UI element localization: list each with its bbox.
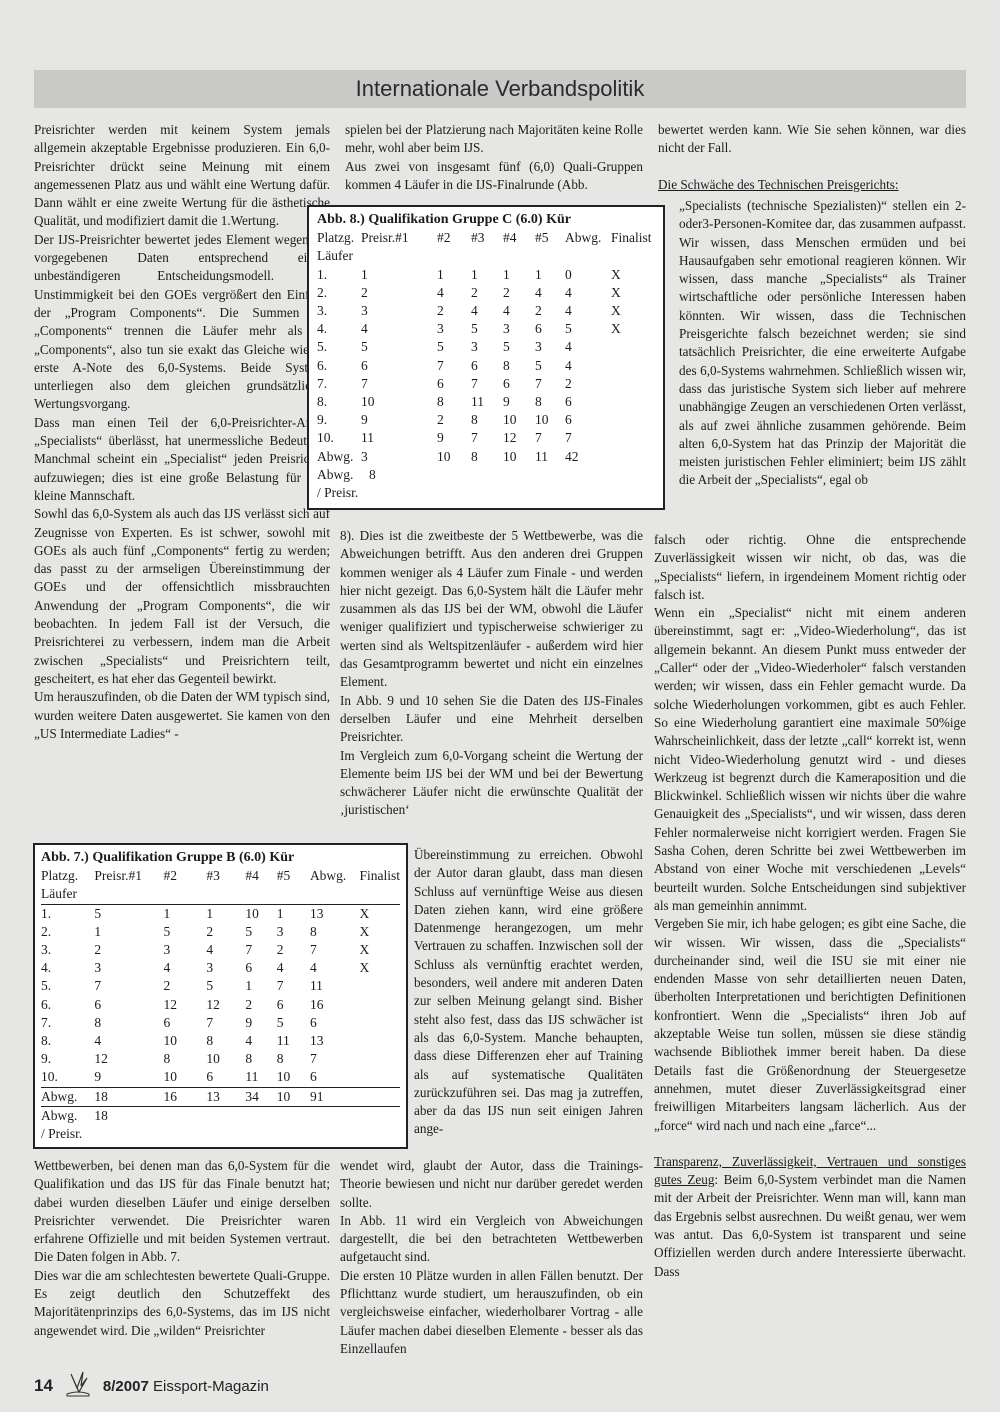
- cell: 7: [310, 1050, 360, 1068]
- cell: 8: [471, 448, 503, 466]
- cell: 3: [471, 338, 503, 356]
- cell: 12: [94, 1050, 163, 1068]
- subheading-text: Die Schwäche des Technischen Preisgerich…: [658, 177, 899, 192]
- column-2-mid: 8). Dies ist die zweitbeste der 5 Wettbe…: [340, 527, 643, 820]
- cell: 8: [471, 411, 503, 429]
- header-cell: Abwg.: [310, 867, 360, 885]
- cell: 7: [437, 357, 471, 375]
- cell: 7: [277, 977, 310, 995]
- cell: 7: [94, 977, 163, 995]
- cell: 5: [535, 357, 565, 375]
- cell: 6: [310, 1068, 360, 1087]
- cell: [359, 1032, 400, 1050]
- paragraph: wendet wird, glaubt der Autor, dass die …: [340, 1157, 643, 1212]
- cell: 5: [361, 338, 437, 356]
- cell: 4: [565, 357, 611, 375]
- cell: 13: [310, 904, 360, 923]
- cell: 5: [206, 977, 245, 995]
- section-title: Internationale Verbandspolitik: [34, 76, 966, 102]
- paragraph: Dass man einen Teil der 6,0-Preisrichter…: [34, 414, 330, 505]
- paragraph: In Abb. 11 wird ein Vergleich von Abweic…: [340, 1212, 643, 1267]
- header-cell: Läufer: [41, 885, 400, 904]
- cell: 7: [310, 941, 360, 959]
- cell: 1.: [41, 904, 94, 923]
- cell: 8: [310, 923, 360, 941]
- cell: [611, 357, 655, 375]
- table-abwg-row: Abwg. 3 10 8 10 11 42: [317, 448, 655, 466]
- cell: 10: [164, 1032, 207, 1050]
- cell: 42: [565, 448, 611, 466]
- table-row: 2.152538X: [41, 923, 400, 941]
- cell: 6: [94, 996, 163, 1014]
- paragraph: Dies war die am schlechtesten bewertete …: [34, 1267, 330, 1340]
- cell: 1: [437, 266, 471, 284]
- cell: 6: [277, 996, 310, 1014]
- table-abwg-per-judge-row: Abwg. 18: [41, 1106, 400, 1125]
- header-cell: Preisr.#1: [361, 229, 437, 247]
- cell: 11: [277, 1032, 310, 1050]
- cell: 7: [471, 429, 503, 447]
- cell: 2: [361, 284, 437, 302]
- column-2-bottom: wendet wird, glaubt der Autor, dass die …: [340, 1157, 643, 1358]
- paragraph: Wettbewerben, bei denen man das 6,0-Syst…: [34, 1157, 330, 1267]
- cell: 5: [565, 320, 611, 338]
- cell: 4: [245, 1032, 276, 1050]
- cell: 1: [535, 266, 565, 284]
- table-abwg-row: Abwg. 18 16 13 34 10 91: [41, 1087, 400, 1106]
- cell: 2: [565, 375, 611, 393]
- cell: 10: [277, 1068, 310, 1087]
- cell: 7: [535, 429, 565, 447]
- data-table: Platzg. Preisr.#1 #2 #3 #4 #5 Abwg. Fina…: [317, 229, 655, 502]
- header-cell: Preisr.#1: [94, 867, 163, 885]
- paragraph: Übereinstimmung zu erreichen. Obwohl der…: [414, 846, 643, 1139]
- header-cell: Finalist: [359, 867, 400, 885]
- cell: 4: [565, 284, 611, 302]
- cell: Abwg.: [317, 448, 361, 466]
- table-row: 7.767672: [317, 375, 655, 393]
- table-header-row: Platzg. Preisr.#1 #2 #3 #4 #5 Abwg. Fina…: [317, 229, 655, 247]
- table-row: 9.92810106: [317, 411, 655, 429]
- column-3-top: bewertet werden kann. Wie Sie sehen könn…: [658, 121, 966, 194]
- cell: 2: [471, 284, 503, 302]
- paragraph: 8). Dies ist die zweitbeste der 5 Wettbe…: [340, 527, 643, 692]
- cell: 5: [245, 923, 276, 941]
- column-1-top: Preisrichter werden mit keinem System je…: [34, 121, 330, 743]
- cell: 4: [164, 959, 207, 977]
- table-row: 10.910611106: [41, 1068, 400, 1087]
- header-cell: #2: [437, 229, 471, 247]
- cell: 0: [565, 266, 611, 284]
- header-cell: #2: [164, 867, 207, 885]
- subheading: Die Schwäche des Technischen Preisgerich…: [658, 176, 966, 194]
- table-title: Abb. 7.) Qualifikation Gruppe B (6.0) Kü…: [41, 849, 400, 867]
- cell: 2: [437, 302, 471, 320]
- cell: [359, 1014, 400, 1032]
- cell: 5.: [317, 338, 361, 356]
- cell: 10: [277, 1087, 310, 1106]
- cell: X: [611, 284, 655, 302]
- paragraph: Wenn ein „Specialist“ nicht mit einem an…: [654, 604, 966, 915]
- paragraph-text: : Beim 6,0-System verbindet man die Name…: [654, 1172, 966, 1278]
- cell: 10: [245, 904, 276, 923]
- table-row: 1.51110113X: [41, 904, 400, 923]
- skater-logo-icon: [63, 1370, 93, 1402]
- cell: 10: [164, 1068, 207, 1087]
- cell: 10: [206, 1050, 245, 1068]
- cell: 91: [310, 1087, 360, 1106]
- cell: 3: [277, 923, 310, 941]
- cell: 7: [361, 375, 437, 393]
- cell: [359, 996, 400, 1014]
- cell: 5: [437, 338, 471, 356]
- paragraph: bewertet werden kann. Wie Sie sehen könn…: [658, 121, 966, 158]
- cell: 12: [206, 996, 245, 1014]
- cell: 3: [94, 959, 163, 977]
- cell: 6.: [41, 996, 94, 1014]
- cell: 1: [164, 904, 207, 923]
- cell: 8: [245, 1050, 276, 1068]
- paragraph: In Abb. 9 und 10 sehen Sie die Daten des…: [340, 692, 643, 747]
- cell: 7.: [41, 1014, 94, 1032]
- magazine-name: Eissport-Magazin: [153, 1378, 269, 1395]
- cell: 4: [94, 1032, 163, 1050]
- cell: 10: [503, 411, 535, 429]
- header-cell: Platzg.: [317, 229, 361, 247]
- cell: 7.: [317, 375, 361, 393]
- cell: 10: [503, 448, 535, 466]
- cell: 4: [310, 959, 360, 977]
- cell: 10.: [317, 429, 361, 447]
- cell: 3: [361, 448, 437, 466]
- cell: 11: [361, 429, 437, 447]
- data-table: Platzg. Preisr.#1 #2 #3 #4 #5 Abwg. Fina…: [41, 867, 400, 1143]
- cell: 4: [277, 959, 310, 977]
- cell: 11: [310, 977, 360, 995]
- cell: 1: [277, 904, 310, 923]
- cell: 2: [245, 996, 276, 1014]
- cell: 2: [437, 411, 471, 429]
- cell: [359, 977, 400, 995]
- cell: 9: [503, 393, 535, 411]
- cell: [611, 393, 655, 411]
- column-1-bottom: Wettbewerben, bei denen man das 6,0-Syst…: [34, 1157, 330, 1340]
- cell: 3.: [41, 941, 94, 959]
- cell: 1: [471, 266, 503, 284]
- paragraph: Preisrichter werden mit keinem System je…: [34, 121, 330, 231]
- cell: 5: [164, 923, 207, 941]
- cell: [359, 1068, 400, 1087]
- cell: 6: [437, 375, 471, 393]
- table-abwg-per-judge-row: Abwg. 8: [317, 466, 655, 484]
- paragraph: Transparenz, Zuverlässigkeit, Vertrauen …: [654, 1153, 966, 1281]
- cell: 1: [245, 977, 276, 995]
- cell: 10: [361, 393, 437, 411]
- paragraph: Sowhl das 6,0-System als auch das IJS ve…: [34, 505, 330, 688]
- cell: 12: [503, 429, 535, 447]
- cell: X: [359, 904, 400, 923]
- cell: / Preisr.: [41, 1125, 400, 1143]
- cell: 6: [310, 1014, 360, 1032]
- paragraph: Um herauszufinden, ob die Daten der WM t…: [34, 688, 330, 743]
- cell: 6: [471, 357, 503, 375]
- cell: [611, 375, 655, 393]
- cell: 18: [94, 1087, 163, 1106]
- cell: 4: [535, 284, 565, 302]
- cell: 2: [503, 284, 535, 302]
- cell: 9.: [41, 1050, 94, 1068]
- cell: 1: [503, 266, 535, 284]
- cell: 4: [565, 338, 611, 356]
- cell: 8: [535, 393, 565, 411]
- cell: X: [611, 302, 655, 320]
- cell: 2.: [317, 284, 361, 302]
- section-header: Internationale Verbandspolitik: [34, 70, 966, 108]
- cell: 8: [437, 393, 471, 411]
- cell: 5: [503, 338, 535, 356]
- header-cell: #4: [245, 867, 276, 885]
- cell: 2: [164, 977, 207, 995]
- cell: 4: [361, 320, 437, 338]
- cell: [611, 338, 655, 356]
- cell: 12: [164, 996, 207, 1014]
- cell: 8.: [41, 1032, 94, 1050]
- cell: 6: [565, 411, 611, 429]
- cell: 6.: [317, 357, 361, 375]
- table-row: 2.242244X: [317, 284, 655, 302]
- header-cell: Abwg.: [565, 229, 611, 247]
- paragraph: Vergeben Sie mir, ich habe gelogen; es g…: [654, 915, 966, 1135]
- cell: 3: [164, 941, 207, 959]
- table-row: 3.234727X: [41, 941, 400, 959]
- cell: 18: [94, 1106, 163, 1125]
- cell: 5: [471, 320, 503, 338]
- table-row: 3.324424X: [317, 302, 655, 320]
- cell: 2.: [41, 923, 94, 941]
- table-abb-7: Abb. 7.) Qualifikation Gruppe B (6.0) Kü…: [33, 843, 408, 1149]
- cell: 6: [535, 320, 565, 338]
- cell: 6: [206, 1068, 245, 1087]
- cell: 6: [503, 375, 535, 393]
- cell: 34: [245, 1087, 276, 1106]
- paragraph: „Specialists (technische Spezialisten)“ …: [679, 197, 966, 490]
- header-cell: #5: [535, 229, 565, 247]
- cell: 8: [164, 1050, 207, 1068]
- cell: 9: [245, 1014, 276, 1032]
- paragraph: Die ersten 10 Plätze wurden in allen Fäl…: [340, 1267, 643, 1358]
- cell: 11: [535, 448, 565, 466]
- table-title: Abb. 8.) Qualifikation Gruppe C (6.0) Kü…: [317, 211, 655, 229]
- cell: 8: [503, 357, 535, 375]
- cell: Abwg.: [41, 1087, 94, 1106]
- cell: 8.: [317, 393, 361, 411]
- cell: 8: [206, 1032, 245, 1050]
- header-cell: #3: [471, 229, 503, 247]
- issue-number: 8/2007: [103, 1378, 149, 1395]
- page-number: 14: [34, 1376, 53, 1396]
- cell: 8: [277, 1050, 310, 1068]
- cell: 13: [206, 1087, 245, 1106]
- cell: 10: [437, 448, 471, 466]
- cell: 4: [471, 302, 503, 320]
- cell: 4: [437, 284, 471, 302]
- table-row: 8.10811986: [317, 393, 655, 411]
- cell: 6: [164, 1014, 207, 1032]
- table-row: 10.11971277: [317, 429, 655, 447]
- cell: 3: [437, 320, 471, 338]
- cell: 3: [361, 302, 437, 320]
- cell: 7: [565, 429, 611, 447]
- cell: 11: [471, 393, 503, 411]
- paragraph: Im Vergleich zum 6,0-Vorgang scheint die…: [340, 747, 643, 820]
- cell: 2: [206, 923, 245, 941]
- table-row: 6.676854: [317, 357, 655, 375]
- cell: [359, 1050, 400, 1068]
- cell: 1: [206, 904, 245, 923]
- cell: 5: [277, 1014, 310, 1032]
- cell: X: [359, 923, 400, 941]
- header-cell: Läufer: [317, 247, 655, 265]
- cell: 1: [361, 266, 437, 284]
- cell: 11: [245, 1068, 276, 1087]
- cell: [611, 411, 655, 429]
- header-cell: Platzg.: [41, 867, 94, 885]
- cell: 7: [245, 941, 276, 959]
- column-3-mid: falsch oder richtig. Ohne die entspreche…: [654, 531, 966, 1281]
- cell: 1: [94, 923, 163, 941]
- cell: 3: [206, 959, 245, 977]
- paragraph: Aus zwei von insgesamt fünf (6,0) Quali-…: [345, 158, 643, 195]
- column-2-top: spielen bei der Platzierung nach Majorit…: [345, 121, 643, 194]
- cell: 10: [535, 411, 565, 429]
- cell: 9: [94, 1068, 163, 1087]
- table-row: 7.867956: [41, 1014, 400, 1032]
- cell: X: [611, 266, 655, 284]
- column-2-wrap: Übereinstimmung zu erreichen. Obwohl der…: [414, 846, 643, 1139]
- table-row: 5.7251711: [41, 977, 400, 995]
- cell: 4.: [41, 959, 94, 977]
- cell: X: [611, 320, 655, 338]
- cell: 16: [164, 1087, 207, 1106]
- cell: 3: [503, 320, 535, 338]
- cell: 8: [361, 466, 437, 484]
- header-cell: Finalist: [611, 229, 655, 247]
- table-abb-8: Abb. 8.) Qualifikation Gruppe C (6.0) Kü…: [307, 205, 665, 510]
- table-row: 5.553534: [317, 338, 655, 356]
- cell: 4: [206, 941, 245, 959]
- cell: 7: [471, 375, 503, 393]
- paragraph: Der IJS-Preisrichter bewertet jedes Elem…: [34, 231, 330, 414]
- cell: / Preisr.: [317, 484, 655, 502]
- cell: 3.: [317, 302, 361, 320]
- cell: [611, 448, 655, 466]
- cell: 7: [535, 375, 565, 393]
- table-row: 8.410841113: [41, 1032, 400, 1050]
- header-cell: #4: [503, 229, 535, 247]
- cell: 6: [245, 959, 276, 977]
- table-row: 9.12810887: [41, 1050, 400, 1068]
- cell: 5: [94, 904, 163, 923]
- cell: 1.: [317, 266, 361, 284]
- paragraph: spielen bei der Platzierung nach Majorit…: [345, 121, 643, 158]
- column-3-wrap: „Specialists (technische Spezialisten)“ …: [679, 197, 966, 490]
- cell: 10.: [41, 1068, 94, 1087]
- cell: 2: [277, 941, 310, 959]
- header-cell: #5: [277, 867, 310, 885]
- cell: 9.: [317, 411, 361, 429]
- table-header-row: Platzg. Preisr.#1 #2 #3 #4 #5 Abwg. Fina…: [41, 867, 400, 885]
- table-subheader-row: Läufer: [41, 885, 400, 904]
- cell: 4: [565, 302, 611, 320]
- cell: 16: [310, 996, 360, 1014]
- cell: [611, 429, 655, 447]
- cell: 9: [361, 411, 437, 429]
- cell: 6: [565, 393, 611, 411]
- cell: 5.: [41, 977, 94, 995]
- cell: 2: [94, 941, 163, 959]
- cell: 4.: [317, 320, 361, 338]
- table-row: 4.435365X: [317, 320, 655, 338]
- table-row: 6.612122616: [41, 996, 400, 1014]
- cell: Abwg.: [317, 466, 361, 484]
- cell: 7: [206, 1014, 245, 1032]
- cell: 3: [535, 338, 565, 356]
- cell: 13: [310, 1032, 360, 1050]
- header-cell: #3: [206, 867, 245, 885]
- table-subheader-row: Läufer: [317, 247, 655, 265]
- cell: 9: [437, 429, 471, 447]
- cell: X: [359, 941, 400, 959]
- cell: [359, 1087, 400, 1106]
- table-row: 1.111110X: [317, 266, 655, 284]
- table-row: 4.343644X: [41, 959, 400, 977]
- cell: 8: [94, 1014, 163, 1032]
- page-footer: 14 8/2007 Eissport-Magazin: [34, 1370, 269, 1402]
- cell: 4: [503, 302, 535, 320]
- cell: Abwg.: [41, 1106, 94, 1125]
- cell: X: [359, 959, 400, 977]
- paragraph: falsch oder richtig. Ohne die entspreche…: [654, 531, 966, 604]
- cell: 6: [361, 357, 437, 375]
- cell: 2: [535, 302, 565, 320]
